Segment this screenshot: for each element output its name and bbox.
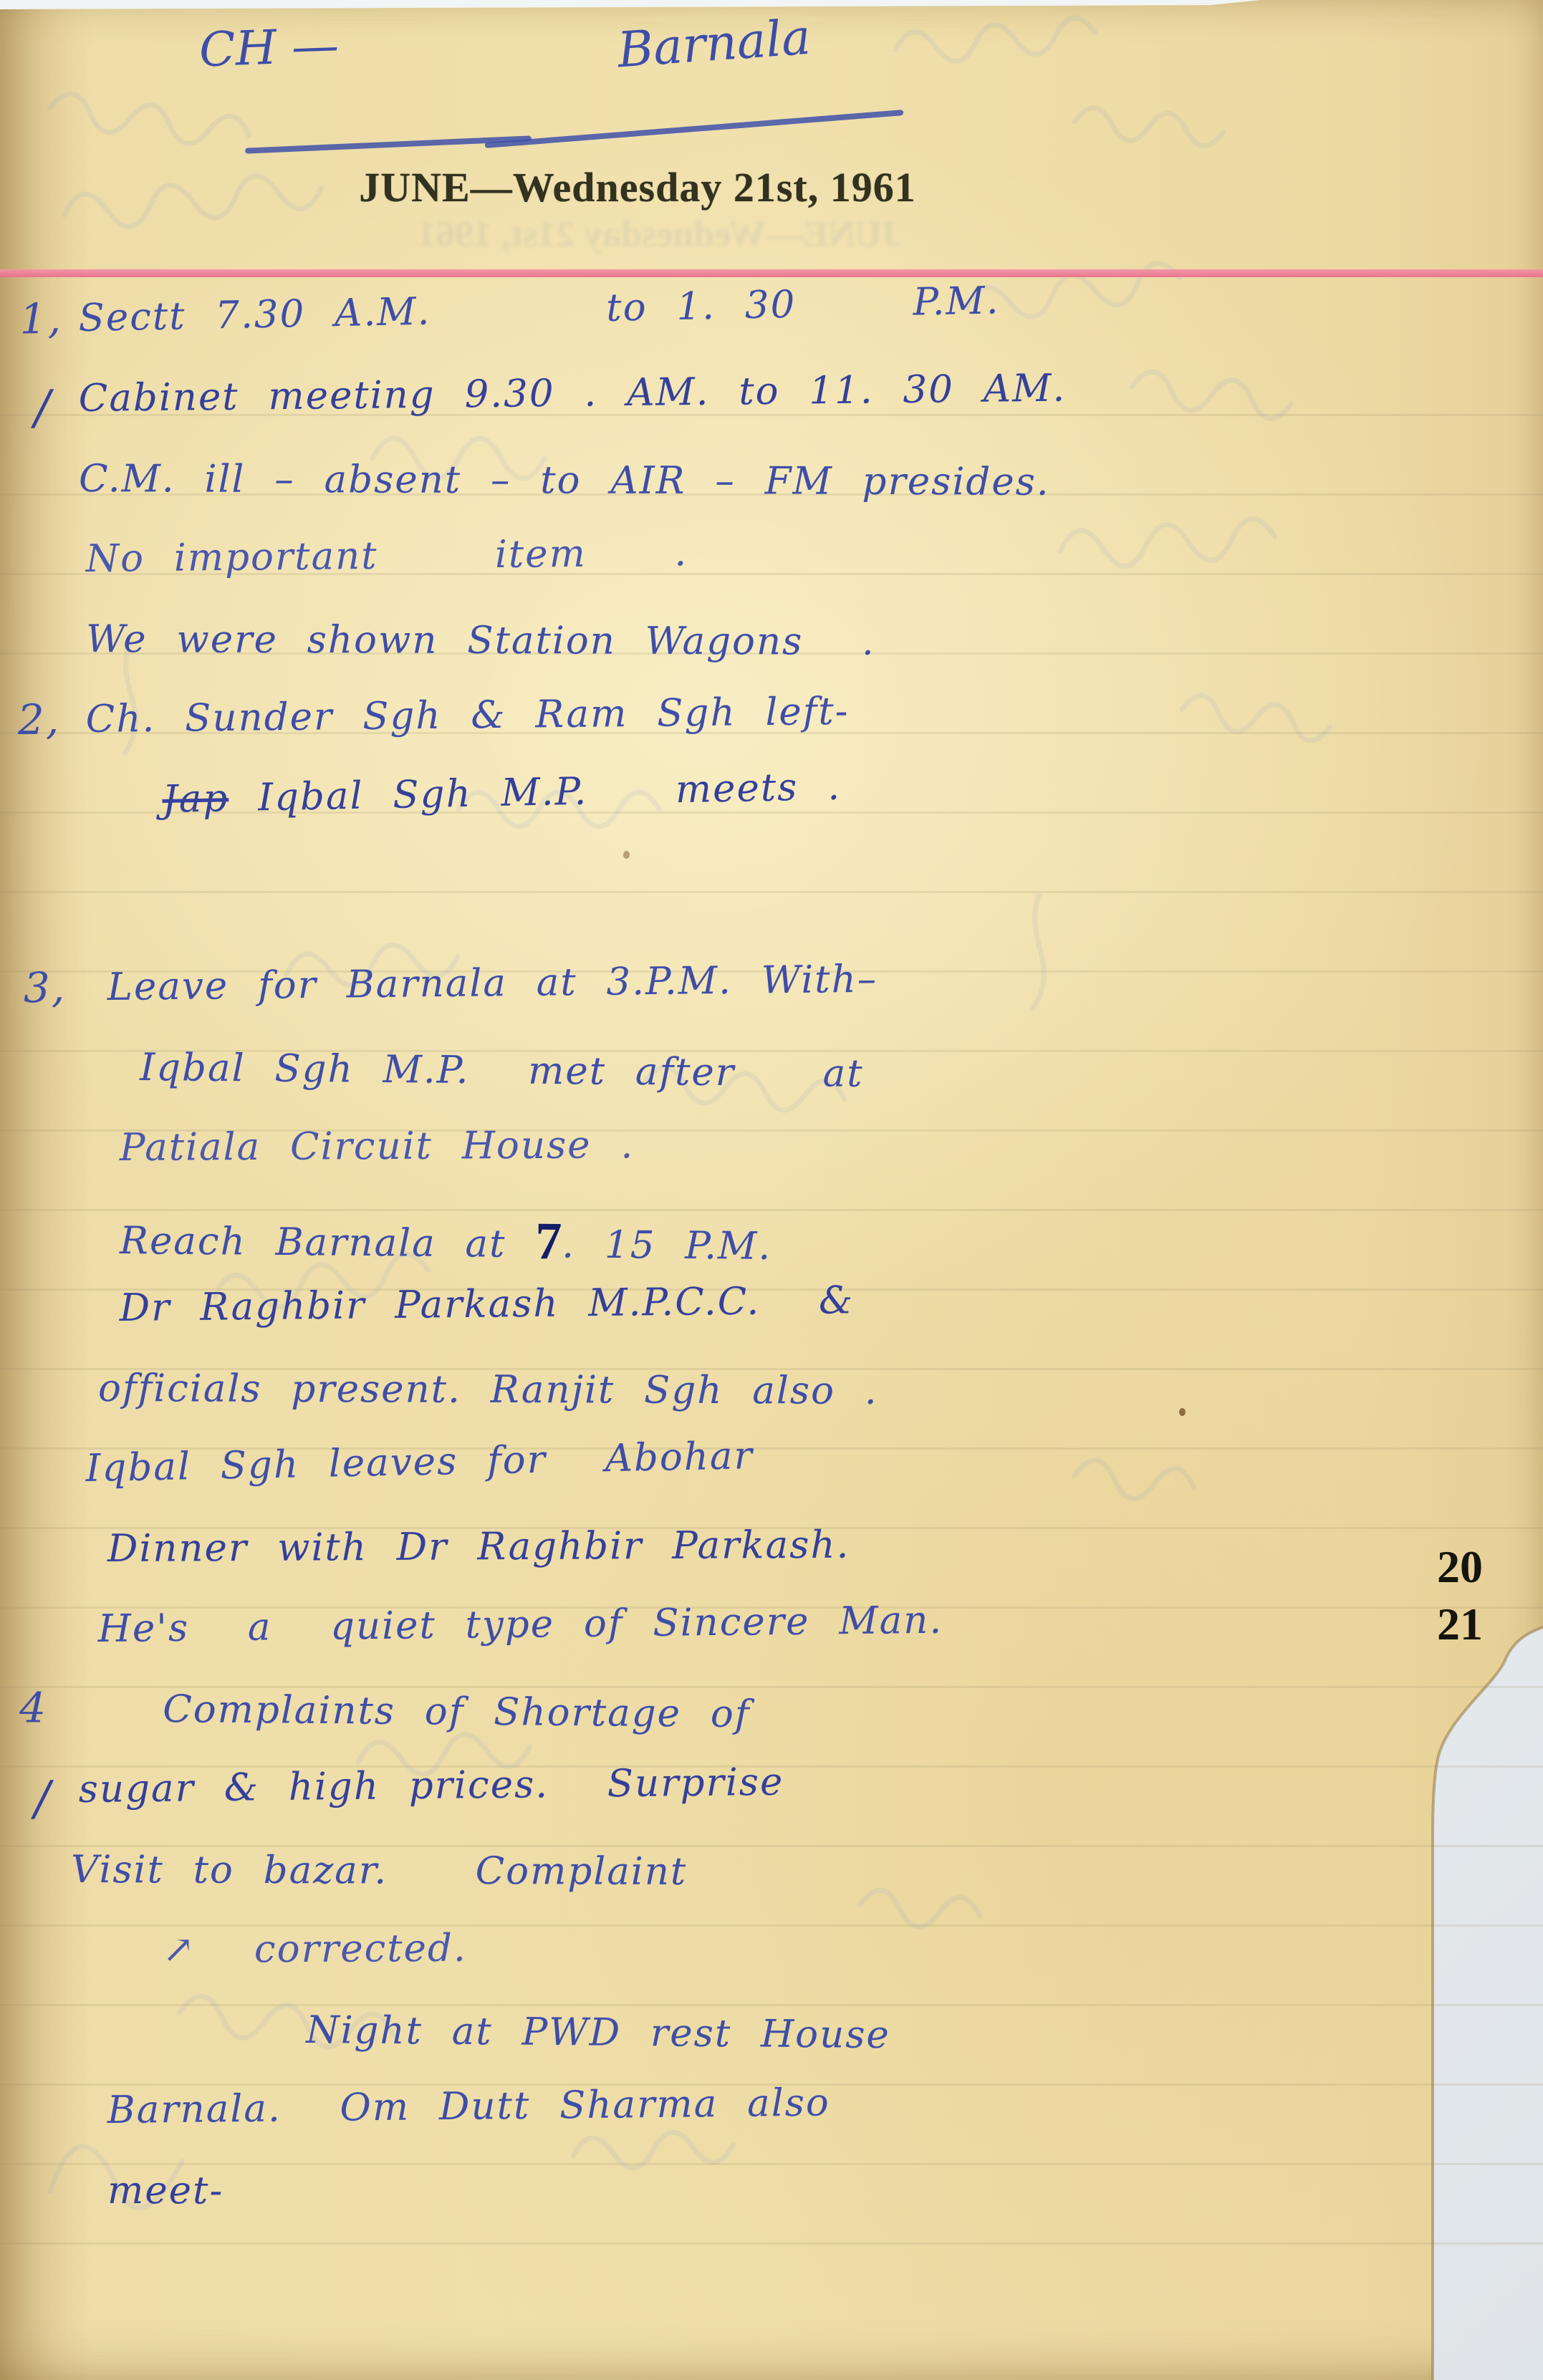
diary-text: Iqbal Sgh M.P. met after at: [140, 1046, 864, 1096]
diary-text: . 15 P.M.: [562, 1223, 771, 1268]
diary-text: Barnala. Om Dutt Sharma also: [107, 2081, 830, 2132]
diary-text: officials present. Ranjit Sgh also .: [98, 1367, 878, 1413]
item-number: /: [34, 1770, 52, 1826]
diary-line: 3,Leave for Barnala at 3.P.M. With–: [107, 950, 1515, 1046]
item-number: 3,: [23, 963, 66, 1013]
diary-text: C.M. ill – absent – to AIR – FM presides…: [79, 457, 1050, 504]
diary-line: ↗ corrected.: [163, 1921, 1516, 2008]
diary-line: /sugar & high prices. Surprise: [78, 1753, 1515, 1848]
diary-line: Visit to bazar. Complaint: [71, 1848, 1515, 1933]
diary-line: Dr Raghbir Parkash M.P.C.C. &: [119, 1272, 1515, 1367]
item-number: 2,: [17, 695, 60, 744]
diary-line: meet-: [107, 2169, 1515, 2254]
diary-text: No important item .: [85, 531, 688, 581]
diary-text: Visit to bazar. Complaint: [71, 1848, 687, 1894]
diary-text: Dinner with Dr Raghbir Parkash.: [107, 1523, 850, 1571]
diary-text: sugar & high prices. Surprise: [78, 1760, 784, 1811]
struck-word: Jap: [162, 776, 229, 822]
diary-text: Leave for Barnala at 3.P.M. With–: [107, 958, 878, 1009]
handwritten-heading-ch: CH —: [198, 18, 340, 78]
diary-text: Night at PWD rest House: [306, 2008, 890, 2057]
diary-line: He's a quiet type of Sincere Man.: [97, 1592, 1515, 1687]
diary-text: Patiala Circuit House .: [120, 1123, 635, 1170]
item-number: /: [34, 380, 52, 435]
diary-text: Dr Raghbir Parkash M.P.C.C. &: [119, 1278, 854, 1330]
diary-text: Cabinet meeting 9.30 . AM. to 11. 30 AM.: [78, 367, 1066, 420]
diary-text: Reach Barnala at: [120, 1219, 536, 1266]
diary-text: Complaints of Shortage of: [163, 1687, 751, 1736]
printed-date-header: JUNE—Wednesday 21st, 1961: [315, 163, 960, 211]
item-number: 1,: [19, 294, 63, 343]
diary-text: ↗ corrected.: [163, 1927, 467, 1972]
diary-text: meet-: [107, 2169, 223, 2213]
diary-line: /Cabinet meeting 9.30 . AM. to 11. 30 AM…: [78, 362, 1515, 457]
page-number: 21: [1437, 1596, 1511, 1653]
diary-text: We were shown Station Wagons .: [86, 617, 875, 664]
page-number-block: 2021: [1437, 1538, 1511, 1653]
diary-text: He's a quiet type of Sincere Man.: [97, 1599, 943, 1651]
item-number: 4: [19, 1683, 47, 1732]
paper-speck: [623, 851, 630, 859]
bleedthrough-date-header: JUNE—Wednesday 21st, 1961: [337, 213, 981, 256]
diary-text: Ch. Sunder Sgh & Ram Sgh left-: [85, 690, 849, 741]
diary-line: Barnala. Om Dutt Sharma also: [107, 2073, 1515, 2169]
diary-text: 7: [535, 1212, 562, 1271]
diary-line: Patiala Circuit House .: [120, 1119, 1516, 1206]
diary-entry-lines: 1,Sectt 7.30 A.M. to 1. 30 P.M./Cabinet …: [75, 297, 1515, 2249]
paper-speck: [1179, 1408, 1186, 1416]
diary-page-scan: CH — Barnala JUNE—Wednesday 21st, 1961 J…: [0, 0, 1543, 2380]
diary-line: No important item .: [85, 522, 1515, 617]
page-number: 20: [1437, 1538, 1511, 1596]
